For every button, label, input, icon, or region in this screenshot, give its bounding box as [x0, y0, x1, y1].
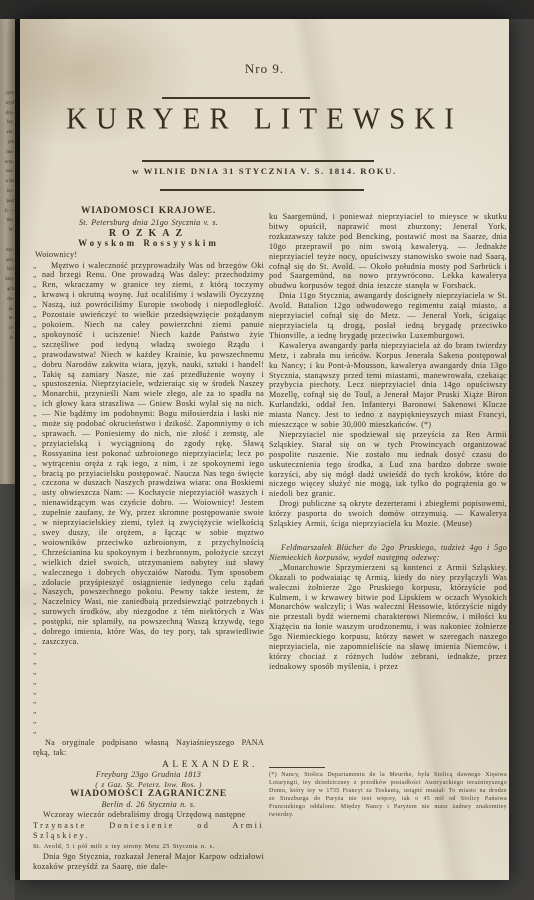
order-subtitle: Woyskom Rossyyskim: [33, 239, 264, 249]
masthead-title: KURYER LITEWSKI: [20, 102, 509, 137]
section-heading-foreign: WIADOMOŚCI ZAGRANICZNE: [33, 790, 264, 800]
scanned-newspaper-screenshot: { "scan": { "colors": { "paper": "#e3dcc…: [0, 0, 534, 900]
scan-spine-background: [0, 484, 15, 900]
section-heading-domestic: WIADOMOSCI KRAJOWE.: [33, 207, 264, 217]
masthead-rule-middle: [142, 160, 374, 162]
masthead-rule-top: [162, 97, 310, 99]
quotation-marks-gutter: „ „ „ „ „ „ „ „ „ „ „ „ „ „ „ „ „ „ „ „ …: [33, 261, 42, 737]
foreign-intro: Wczoray wieczór odebraliśmy drogą Urzędo…: [33, 810, 264, 820]
adjacent-page-edge: tym wyd dro- ley, ela- ym ma- erta- sza-…: [0, 19, 15, 484]
body-paragraph: ku Saargemünd, i ponieważ nieprzyiaciel …: [269, 212, 507, 291]
body-paragraph: Nieprzyiaciel nie spodziewał się przeyśc…: [269, 430, 507, 499]
bulletin-dateline: St. Avold, 5 i pół mili z tey strony Met…: [33, 842, 264, 852]
proclamation-block: „ „ „ „ „ „ „ „ „ „ „ „ „ „ „ „ „ „ „ „ …: [33, 261, 264, 737]
body-paragraph: Drogi publiczne są okryte dezerterami i …: [269, 499, 507, 529]
signature-intro: Na oryginale podpisano własną Nayiaśniey…: [33, 738, 264, 758]
footnote-separator-rule: [269, 767, 325, 768]
bulletin-title: Trzynaste Doniesienie od Armii Szląskiey…: [33, 821, 264, 841]
signature-place-date: Freyburg 23go Grudnia 1813: [33, 770, 264, 780]
issue-number: Nro 9.: [20, 61, 509, 77]
appeal-intro: Feldmarszałek Blücher do 2go Pruskiego, …: [269, 543, 507, 563]
masthead-rule-bottom: [160, 189, 364, 191]
left-column: WIADOMOSCI KRAJOWE. St. Petersburg dnia …: [33, 207, 264, 872]
signature-alexander: ALEXANDER.: [33, 760, 264, 770]
issue-dateline: w WILNIE DNIA 31 STYCZNIA V. S. 1814. RO…: [20, 166, 509, 176]
salutation: Woiownicy!: [35, 250, 264, 260]
newspaper-page-scan: Nro 9. KURYER LITEWSKI w WILNIE DNIA 31 …: [20, 19, 509, 880]
right-column: ku Saargemünd, i ponieważ nieprzyiaciel …: [269, 212, 507, 672]
body-paragraph: Dnia 11go Stycznia, awangardy dościgneły…: [269, 291, 507, 341]
section-dateline-petersburg: St. Petersburg dnia 21go Stycznia v. s.: [33, 218, 264, 228]
body-paragraph: Kawalerya awangardy parła nieprzyiaciela…: [269, 341, 507, 430]
footnote-block: (*) Nancy, Stolica Departamentu de la Me…: [269, 767, 507, 819]
section-dateline-berlin: Berlin d. 26 Stycznia n. s.: [33, 800, 264, 810]
appeal-text: „Monarchowie Sprzymierzeni są kontenci z…: [269, 563, 507, 672]
footnote-text: (*) Nancy, Stolica Departamentu de la Me…: [269, 772, 507, 819]
proclamation-text: Męztwo i waleczność przyprowadziły Was o…: [42, 261, 264, 737]
scan-top-band: [0, 0, 534, 19]
bulletin-text: Dnia 9go Stycznia, rozkazał Jenerał Majo…: [33, 852, 264, 872]
